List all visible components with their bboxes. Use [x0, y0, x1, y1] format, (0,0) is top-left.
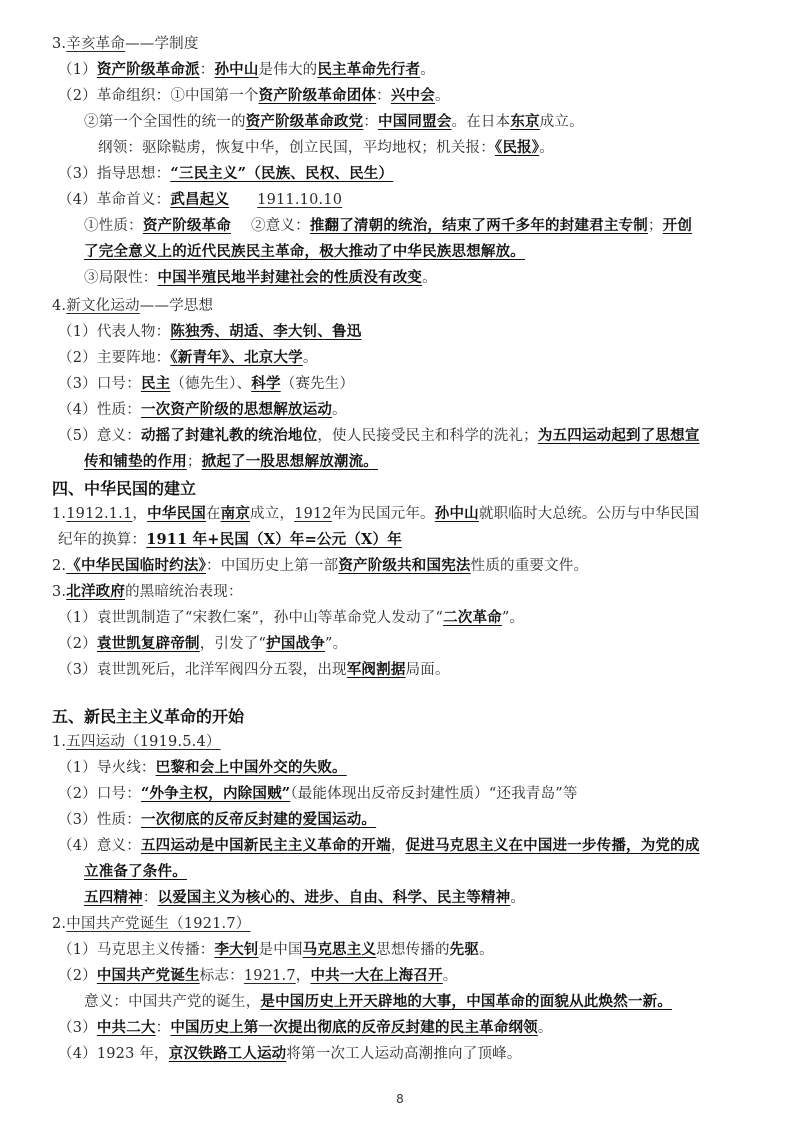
point-number: （4）: [58, 192, 97, 208]
key-term: “外争主权，内除国贼”: [141, 785, 290, 802]
nd-item-2: 2.中国共产党诞生（1921.7）: [52, 914, 251, 934]
text: ”。: [502, 610, 524, 626]
text: 的黑暗统治表现：: [125, 584, 243, 600]
item-number: 4.: [52, 298, 66, 314]
key-term: “三民主义”（民族、民权、民生）: [170, 165, 393, 182]
text: 主要阵地：: [97, 350, 171, 366]
text: 在: [206, 506, 221, 522]
point-number: （1）: [58, 324, 97, 340]
roc-item-1: 1.1912.1.1，中华民国在南京成立，1912年为民国元年。孙中山就职临时大…: [52, 504, 699, 524]
text: ③局限性：: [84, 270, 158, 286]
text: ，: [391, 838, 406, 854]
section-subtitle: ——学思想: [140, 298, 214, 314]
key-term: 护国战争: [266, 635, 325, 652]
text: ，: [296, 968, 311, 984]
text: 。: [435, 88, 450, 104]
key-term: 科学: [251, 375, 280, 392]
key-term: 一次资产阶级的思想解放运动: [141, 401, 332, 418]
s3-point-2: （2）革命组织：①中国第一个资产阶级革命团体：兴中会。: [58, 86, 450, 106]
text: 将第一次工人运动高潮推向了顶峰。: [286, 1046, 521, 1062]
chapter-heading-4: 四、中华民国的建立: [52, 476, 196, 499]
point-number: （2）: [58, 636, 97, 652]
point-number: （2）: [58, 88, 97, 104]
s4-point-4: （4）性质：一次资产阶级的思想解放运动。: [58, 400, 347, 420]
key-term: 为五四运动起到了思想宣: [538, 427, 700, 444]
key-term: 陈独秀、胡适、李大钊、鲁迅: [170, 323, 361, 340]
s3-point-4: （4）革命首义：武昌起义1911.10.10: [58, 190, 342, 210]
formula: 1911 年+民国（X）年=公元（X）年: [146, 531, 402, 548]
key-term: 是中国历史上开天辟地的大事，中国革命的面貌从此焕然一新。: [260, 993, 672, 1010]
key-term: 中共一大在上海召开: [310, 967, 442, 984]
roc-item-1-cont: 纪年的换算：1911 年+民国（X）年=公元（X）年: [58, 530, 402, 550]
point-number: （1）: [58, 942, 97, 958]
text: 。: [420, 62, 435, 78]
key-term: 中国半殖民地半封建社会的性质没有改变: [158, 269, 423, 286]
text: ①性质：: [84, 218, 143, 234]
text: 。: [510, 890, 525, 906]
text: 思想传播的: [376, 942, 450, 958]
date: 1921.7: [244, 968, 296, 984]
point-number: （4）: [58, 838, 97, 854]
text: ②第一个全国性的统一的: [84, 114, 246, 130]
text: 意义：: [97, 428, 141, 444]
s3-point-4a: ①性质：资产阶级革命②意义：推翻了清朝的统治，结束了两千多年的封建君主专制；开创: [84, 216, 692, 236]
text: 。: [303, 350, 318, 366]
key-term: 《民报》: [495, 139, 539, 156]
point-number: （3）: [58, 1020, 97, 1036]
section-title: 中国共产党诞生（1921.7）: [66, 916, 250, 932]
s4-point-3: （3）口号：民主（德先生）、科学（赛先生）: [58, 374, 354, 394]
text: 1923 年，: [97, 1046, 169, 1062]
s4-point-5: （5）意义：动摇了封建礼教的统治地位，使人民接受民主和科学的洗礼；为五四运动起到…: [58, 426, 700, 446]
key-term: 资产阶级革命团体: [259, 87, 377, 104]
text: （最能体现出反帝反封建性质）“还我青岛”等: [290, 786, 577, 802]
item-number: 2.: [52, 558, 66, 574]
key-term: 了完全意义上的近代民族民主革命，极大推动了中华民族思想解放。: [84, 243, 525, 260]
text: 年为民国元年。: [332, 506, 435, 522]
text: 袁世凯死后，北洋军阀四分五裂，出现: [97, 662, 347, 678]
point-number: （1）: [58, 610, 97, 626]
key-term: 中共二大: [97, 1019, 156, 1036]
s3-point-4a-cont: 了完全意义上的近代民族民主革命，极大推动了中华民族思想解放。: [84, 242, 525, 262]
point-number: （3）: [58, 166, 97, 182]
text: 。在日本: [452, 114, 511, 130]
date: 1912: [294, 506, 332, 522]
text: ”。: [325, 636, 347, 652]
key-term: 民主: [141, 375, 170, 392]
text: 马克思主义传播：: [97, 942, 215, 958]
text: ：: [156, 1020, 171, 1036]
text: 导火线：: [97, 760, 156, 776]
key-term: 中国同盟会: [378, 113, 452, 130]
nd-q-3: （3）中共二大：中国历史上第一次提出彻底的反帝反封建的民主革命纲领。: [58, 1018, 553, 1038]
s3-point-1: （1）资产阶级革命派：孙中山是伟大的民主革命先行者。: [58, 60, 435, 80]
text: 成立。: [540, 114, 584, 130]
item-number: 3.: [52, 36, 66, 52]
chapter-heading-5: 五、新民主主义革命的开始: [52, 704, 244, 727]
nd-point-1: （1）导火线：巴黎和会上中国外交的失败。: [58, 758, 347, 778]
roc-item-2: 2.《中华民国临时约法》：中国历史上第一部资产阶级共和国宪法性质的重要文件。: [52, 556, 588, 576]
roc-item-3: 3.北洋政府的黑暗统治表现：: [52, 582, 243, 602]
item-number: 3.: [52, 584, 66, 600]
point-number: （5）: [58, 428, 97, 444]
key-term: 《新青年》、北京大学: [170, 349, 303, 366]
key-term: 袁世凯复辟帝制: [97, 635, 200, 652]
s4-point-5-cont: 传和铺垫的作用；掀起了一股思想解放潮流。: [84, 452, 378, 472]
key-term: 军阀割据: [347, 661, 406, 678]
key-term: 资产阶级革命政党: [246, 113, 364, 130]
key-term: 传和铺垫的作用: [84, 453, 187, 470]
section-3-heading: 3.辛亥革命——学制度: [52, 34, 199, 54]
roc-point-3: （3）袁世凯死后，北洋军阀四分五裂，出现军阀割据局面。: [58, 660, 450, 680]
text: （赛先生）: [281, 376, 355, 392]
key-term: 巴黎和会上中国外交的失败。: [156, 759, 347, 776]
key-term: 推翻了清朝的统治，结束了两千多年的封建君主专制: [310, 217, 648, 234]
key-term: 一次彻底的反帝反封建的爱国运动。: [141, 811, 376, 828]
text: 。: [422, 270, 437, 286]
section-title: 五四运动（1919.5.4）: [66, 734, 220, 750]
text: ：中国历史上第一部: [206, 558, 338, 574]
s4-point-2: （2）主要阵地：《新青年》、北京大学。: [58, 348, 318, 368]
s3-point-2c: 纲领：驱除鞑虏，恢复中华，创立民国，平均地权；机关报：《民报》。: [98, 138, 554, 158]
key-term: 中国共产党诞生: [97, 967, 200, 984]
key-term: 以爱国主义为核心的、进步、自由、科学、民主等精神: [158, 889, 511, 906]
text: 意义：中国共产党的诞生，: [84, 994, 260, 1010]
text: 口号：: [97, 786, 141, 802]
text: 标志：: [200, 968, 244, 984]
key-term: 马克思主义: [303, 941, 377, 958]
point-number: （3）: [58, 376, 97, 392]
key-term: 孙中山: [435, 505, 479, 522]
text: 性质：: [97, 812, 141, 828]
text: 纲领：驱除鞑虏，恢复中华，创立民国，平均地权；机关报：: [98, 140, 495, 156]
key-term: 李大钊: [214, 941, 258, 958]
item-number: 2.: [52, 916, 66, 932]
point-number: （2）: [58, 786, 97, 802]
key-term: 京汉铁路工人运动: [169, 1045, 287, 1062]
point-number: （3）: [58, 812, 97, 828]
point-number: （4）: [58, 1046, 97, 1062]
key-term: 南京: [221, 505, 250, 522]
item-number: 1.: [52, 506, 66, 522]
section-title: 辛亥革命: [66, 36, 125, 52]
text: 。: [443, 968, 458, 984]
nd-point-2: （2）口号：“外争主权，内除国贼”（最能体现出反帝反封建性质）“还我青岛”等: [58, 784, 578, 804]
point-number: （3）: [58, 662, 97, 678]
page-number: 8: [0, 1092, 800, 1106]
point-number: （1）: [58, 62, 97, 78]
text: ：: [143, 890, 158, 906]
text: 。: [332, 402, 347, 418]
key-term: 中华民国: [147, 505, 206, 522]
key-term: 《中华民国临时约法》: [66, 557, 206, 574]
date: 1911.10.10: [257, 192, 342, 208]
nd-point-4-cont: 立准备了条件。: [84, 862, 187, 882]
text: ；: [648, 218, 663, 234]
key-term: 中国历史上第一次提出彻底的反帝反封建的民主革命纲领: [170, 1019, 538, 1036]
point-number: （2）: [58, 350, 97, 366]
nd-q-1: （1）马克思主义传播：李大钊是中国马克思主义思想传播的先驱。: [58, 940, 494, 960]
text: 袁世凯制造了“宋教仁案”，孙中山等革命党人发动了“: [97, 610, 443, 626]
item-number: 1.: [52, 734, 66, 750]
key-term: 先驱: [450, 941, 479, 958]
nd-point-4: （4）意义：五四运动是中国新民主主义革命的开端，促进马克思主义在中国进一步传播，…: [58, 836, 700, 856]
roc-point-2: （2）袁世凯复辟帝制，引发了“护国战争”。: [58, 634, 347, 654]
text: 意义：: [97, 838, 141, 854]
text: 局面。: [406, 662, 450, 678]
key-term: 北洋政府: [66, 583, 125, 600]
point-number: （4）: [58, 402, 97, 418]
key-term: 孙中山: [214, 61, 258, 78]
key-term: 民主革命先行者: [317, 61, 420, 78]
s3-point-3: （3）指导思想：“三民主义”（民族、民权、民生）: [58, 164, 393, 184]
roc-point-1: （1）袁世凯制造了“宋教仁案”，孙中山等革命党人发动了“二次革命”。: [58, 608, 524, 628]
text: 。: [538, 1020, 553, 1036]
key-term: 东京: [510, 113, 539, 130]
key-term: 五四运动是中国新民主主义革命的开端: [141, 837, 391, 854]
text: ，: [132, 506, 147, 522]
section-4-heading: 4.新文化运动——学思想: [52, 296, 213, 316]
text: 。: [539, 140, 554, 156]
point-number: （1）: [58, 760, 97, 776]
nd-q-4: （4）1923 年，京汉铁路工人运动将第一次工人运动高潮推向了顶峰。: [58, 1044, 522, 1064]
text: 性质：: [97, 402, 141, 418]
text: 代表人物：: [97, 324, 171, 340]
date: 1912.1.1: [66, 506, 132, 522]
key-term: 掀起了一股思想解放潮流。: [202, 453, 378, 470]
s3-point-2b: ②第一个全国性的统一的资产阶级革命政党：中国同盟会。在日本东京成立。: [84, 112, 584, 132]
key-term: 兴中会: [391, 87, 435, 104]
text: ，使人民接受民主和科学的洗礼；: [317, 428, 538, 444]
text: 指导思想：: [97, 166, 171, 182]
text: 成立，: [250, 506, 294, 522]
text: ：: [376, 88, 391, 104]
section-subtitle: ——学制度: [125, 36, 199, 52]
text: 就职临时大总统。公历与中华民国: [479, 506, 700, 522]
key-term: 资产阶级革命: [143, 217, 231, 234]
text: 是伟大的: [259, 62, 318, 78]
nd-item-1: 1.五四运动（1919.5.4）: [52, 732, 221, 752]
key-term: 武昌起义: [170, 191, 229, 208]
text: 性质的重要文件。: [471, 558, 589, 574]
s4-point-1: （1）代表人物：陈独秀、胡适、李大钊、鲁迅: [58, 322, 361, 342]
key-term: 立准备了条件。: [84, 863, 187, 880]
key-term: 开创: [663, 217, 692, 234]
key-term: 资产阶级共和国宪法: [338, 557, 470, 574]
key-term: 五四精神: [84, 889, 143, 906]
nd-q-2: （2）中国共产党诞生标志：1921.7，中共一大在上海召开。: [58, 966, 458, 986]
section-title: 新文化运动: [66, 298, 140, 314]
point-number: （2）: [58, 968, 97, 984]
s3-point-4c: ③局限性：中国半殖民地半封建社会的性质没有改变。: [84, 268, 437, 288]
text: 革命组织：①中国第一个: [97, 88, 259, 104]
key-term: 二次革命: [443, 609, 502, 626]
text: ，引发了“: [200, 636, 266, 652]
text: ；: [187, 454, 202, 470]
text: 是中国: [259, 942, 303, 958]
document-page: 3.辛亥革命——学制度 （1）资产阶级革命派：孙中山是伟大的民主革命先行者。 （…: [0, 0, 800, 1131]
text: （德先生）、: [170, 376, 251, 392]
text: ：: [363, 114, 378, 130]
key-term: 动摇了封建礼教的统治地位: [141, 427, 317, 444]
text: 。: [479, 942, 494, 958]
text: ②意义：: [251, 218, 310, 234]
text: ：: [200, 62, 215, 78]
key-term: 资产阶级革命派: [97, 61, 200, 78]
key-term: 促进马克思主义在中国进一步传播，为党的成: [406, 837, 700, 854]
text: 革命首义：: [97, 192, 171, 208]
text: 纪年的换算：: [58, 532, 146, 548]
nd-point-3: （3）性质：一次彻底的反帝反封建的爱国运动。: [58, 810, 376, 830]
nd-point-4c: 五四精神：以爱国主义为核心的、进步、自由、科学、民主等精神。: [84, 888, 525, 908]
text: 口号：: [97, 376, 141, 392]
nd-q-2b: 意义：中国共产党的诞生，是中国历史上开天辟地的大事，中国革命的面貌从此焕然一新。: [84, 992, 672, 1012]
